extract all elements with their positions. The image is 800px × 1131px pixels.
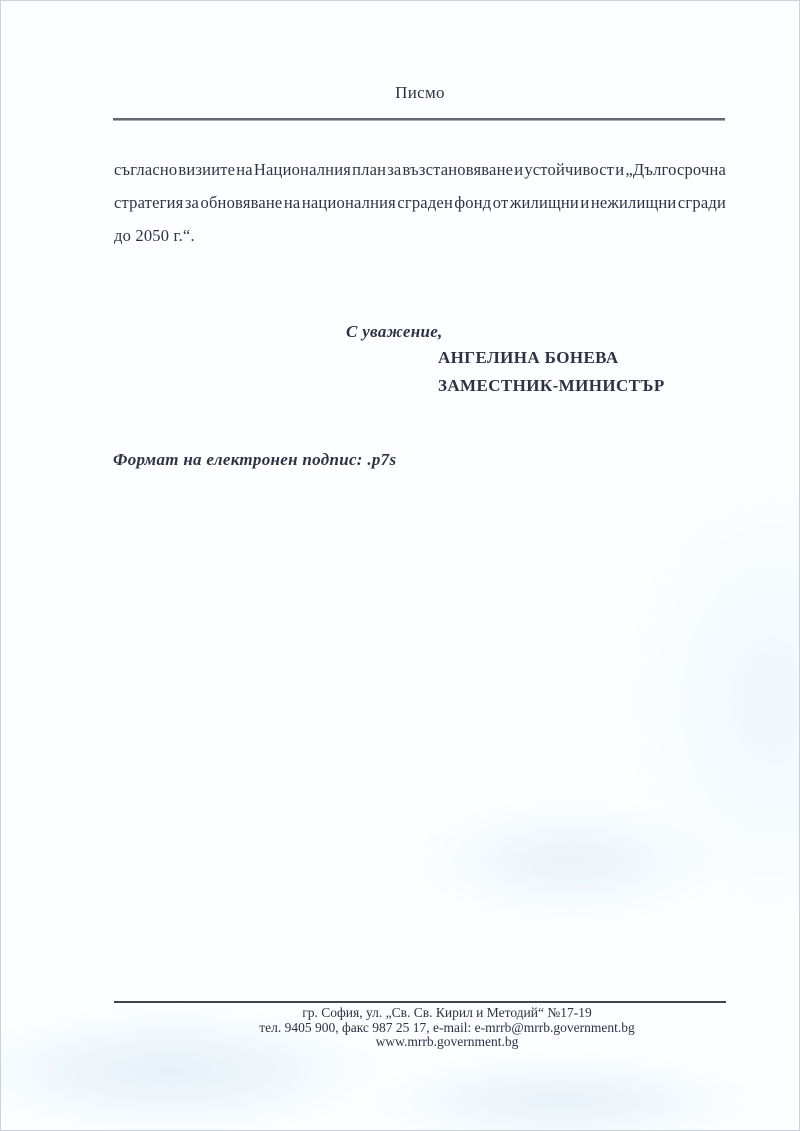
signature-format-note: Формат на електронен подпис: .p7s [113, 450, 396, 470]
scanned-letter-page: Писмо съгласно визиите на Националния пл… [0, 0, 800, 1131]
footer-contact-line: тел. 9405 900, факс 987 25 17, e-mail: e… [94, 1021, 800, 1036]
footer: гр. София, ул. „Св. Св. Кирил и Методий“… [94, 1006, 800, 1050]
body-line-3: до 2050 г.“. [114, 219, 726, 252]
footer-website-line: www.mrrb.government.bg [94, 1035, 800, 1050]
signatory-title: ЗАМЕСТНИК-МИНИСТЪР [438, 376, 665, 396]
body-paragraph: съгласно визиите на Националния план за … [114, 153, 726, 252]
footer-address-line: гр. София, ул. „Св. Св. Кирил и Методий“… [94, 1006, 800, 1021]
document-type-label: Писмо [114, 83, 726, 103]
footer-divider [114, 1001, 726, 1003]
body-line-1: съгласно визиите на Националния план за … [114, 153, 726, 186]
closing-salutation: С уважение, [346, 322, 443, 342]
body-line-2: стратегия за обновяване на националния с… [114, 186, 726, 219]
header-divider [113, 118, 725, 121]
signatory-name: АНГЕЛИНА БОНЕВА [438, 348, 619, 368]
